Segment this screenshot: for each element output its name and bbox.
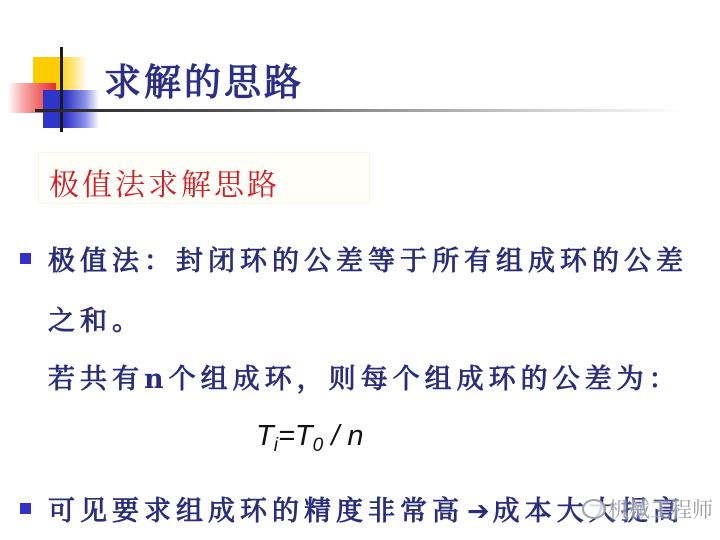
title-underline bbox=[35, 109, 685, 112]
bullet-1-line-1: 极值法：封闭环的公差等于所有组成环的公差 bbox=[48, 239, 688, 278]
formula-lhs: T bbox=[256, 420, 274, 452]
formula: Ti=T0 / n bbox=[256, 420, 364, 457]
bullet-1-line-2: 之和。 bbox=[48, 299, 144, 338]
subtitle: 极值法求解思路 bbox=[49, 160, 280, 204]
formula-div: / n bbox=[331, 420, 363, 452]
logo-vertical-line bbox=[60, 47, 63, 132]
formula-rhs-sub: 0 bbox=[313, 435, 324, 456]
bullet-1-line-3: 若共有n个组成环，则每个组成环的公差为： bbox=[48, 357, 681, 396]
wechat-icon bbox=[582, 499, 606, 519]
slide-title: 求解的思路 bbox=[104, 52, 304, 106]
bullet-square-icon bbox=[20, 503, 31, 514]
formula-eq: = bbox=[278, 420, 295, 452]
subtitle-box: 极值法求解思路 bbox=[38, 152, 370, 204]
formula-rhs: T bbox=[295, 420, 313, 452]
bullet-2-text-before: 可见要求组成环的精度非常高 bbox=[48, 496, 464, 527]
watermark-text: 机械工程师 bbox=[608, 498, 713, 522]
right-arrow-icon: ➔ bbox=[467, 496, 490, 527]
watermark: 机械工程师 bbox=[582, 494, 713, 524]
bullet-square-icon bbox=[20, 253, 31, 264]
